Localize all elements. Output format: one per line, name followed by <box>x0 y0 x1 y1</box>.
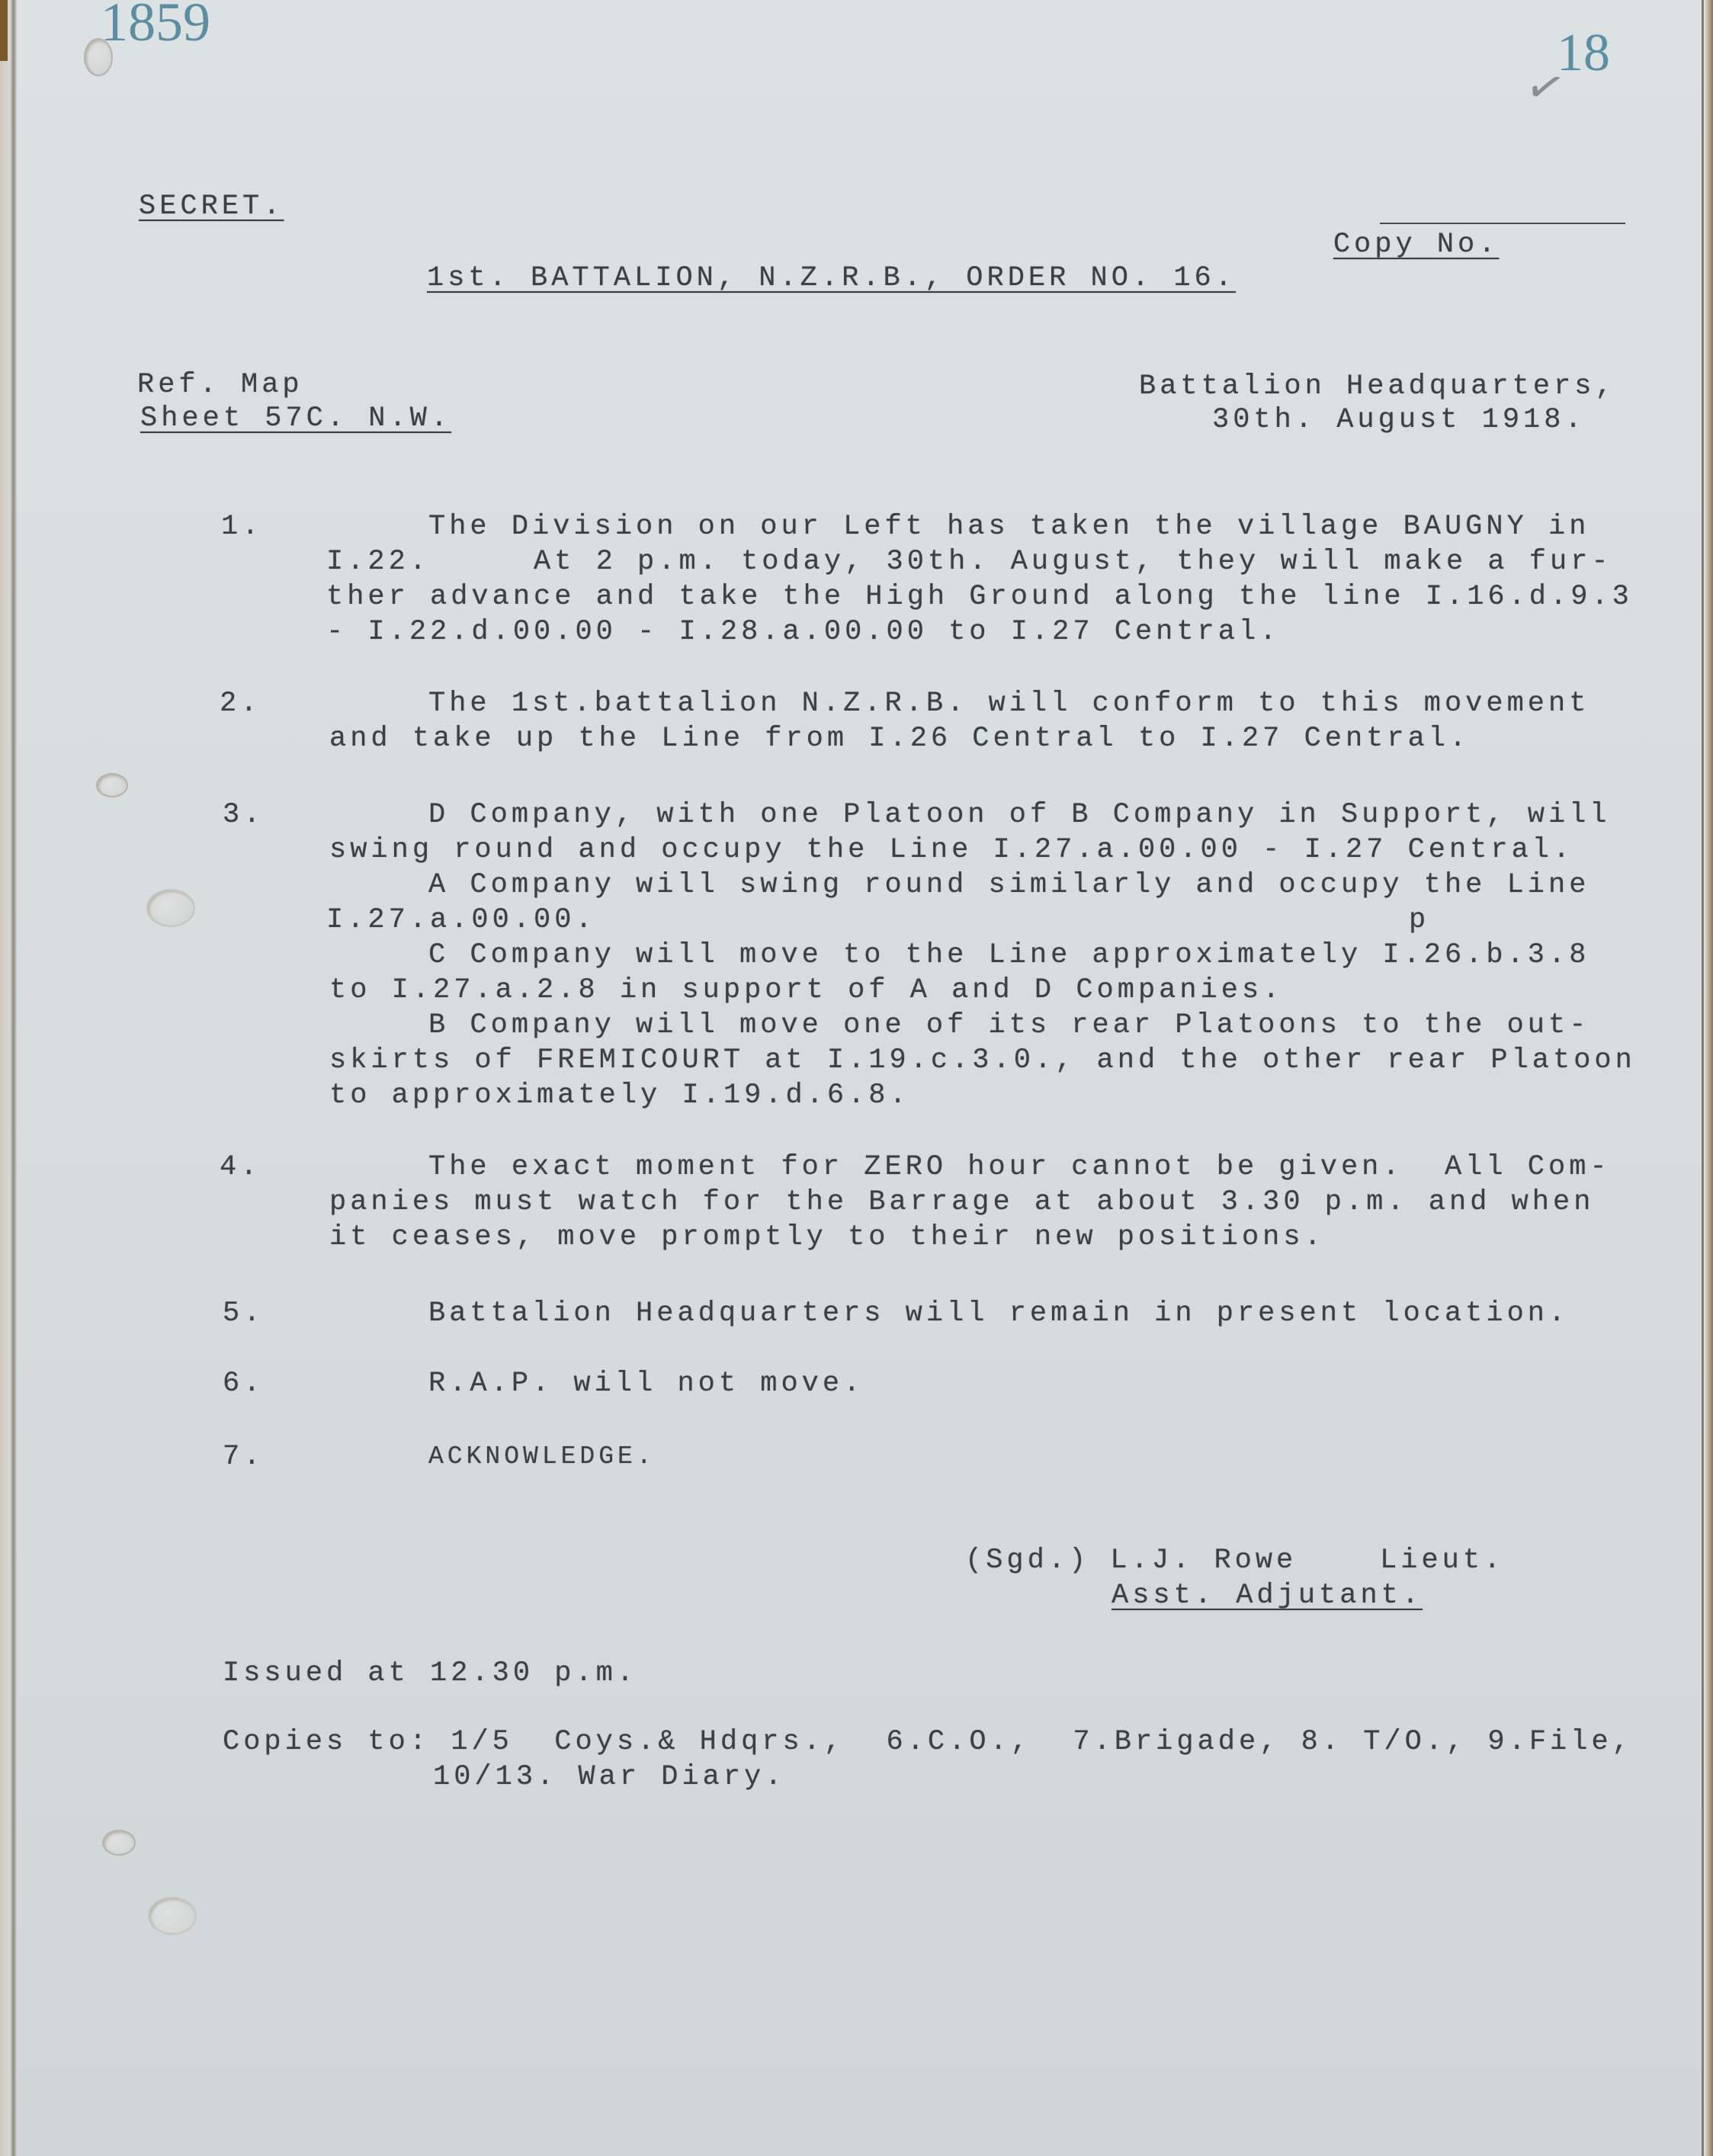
paragraph-line: skirts of FREMICOURT at I.19.c.3.0., and… <box>329 1043 1636 1078</box>
signature-line: (Sgd.) L.J. Rowe Lieut. <box>965 1543 1504 1578</box>
paragraph-line: to I.27.a.2.8 in support of A and D Comp… <box>329 973 1283 1008</box>
paragraph-line: to approximately I.19.d.6.8. <box>329 1078 910 1113</box>
origin-date: 30th. August 1918. <box>1212 403 1586 438</box>
classification-label: SECRET. <box>139 189 284 224</box>
paragraph-line: ACKNOWLEDGE. <box>428 1439 656 1474</box>
paragraph-line: The Division on our Left has taken the v… <box>428 509 1589 544</box>
paragraph-line: C Company will move to the Line approxim… <box>428 938 1589 973</box>
punch-hole <box>146 889 195 927</box>
paragraph-line: and take up the Line from I.26 Central t… <box>329 721 1470 756</box>
paragraph-line: ther advance and take the High Ground al… <box>326 579 1633 614</box>
paragraph-number: 2. <box>220 686 261 721</box>
paragraph-number: 4. <box>220 1150 261 1185</box>
order-title: 1st. BATTALION, N.Z.R.B., ORDER NO. 16. <box>427 261 1236 296</box>
paragraph-line: The 1st.battalion N.Z.R.B. will conform … <box>428 686 1589 721</box>
folio-number: 18 <box>1557 23 1610 84</box>
paragraph-number: 7. <box>223 1439 264 1474</box>
signature-title: Asst. Adjutant. <box>1112 1578 1423 1613</box>
paragraph-line: D Company, with one Platoon of B Company… <box>428 797 1611 833</box>
paragraph-line: swing round and occupy the Line I.27.a.0… <box>329 833 1573 868</box>
copy-number-blank <box>1380 223 1625 224</box>
punch-hole <box>148 1897 197 1935</box>
paragraph-line: R.A.P. will not move. <box>428 1366 864 1401</box>
scan-left-edge <box>0 0 17 2156</box>
paragraph-line: A Company will swing round similarly and… <box>428 868 1589 903</box>
paragraph-line: panies must watch for the Barrage at abo… <box>329 1185 1594 1220</box>
paragraph-line: Battalion Headquarters will remain in pr… <box>428 1296 1569 1331</box>
copy-number-label: Copy No. <box>1250 192 1499 297</box>
scan-right-edge <box>1704 0 1713 2156</box>
paragraph-line: - I.22.d.00.00 - I.28.a.00.00 to I.27 Ce… <box>326 614 1280 650</box>
paragraph-line: I.22. At 2 p.m. today, 30th. August, the… <box>326 544 1612 579</box>
ref-map-line1: Ref. Map <box>137 367 303 403</box>
distribution-line1: Copies to: 1/5 Coys.& Hdqrs., 6.C.O., 7.… <box>223 1724 1633 1760</box>
paragraph-line: it ceases, move promptly to their new po… <box>329 1220 1325 1255</box>
punch-hole <box>102 1830 136 1856</box>
paragraph-number: 3. <box>223 797 264 833</box>
paragraph-line: B Company will move one of its rear Plat… <box>428 1008 1589 1043</box>
paragraph-line: The exact moment for ZERO hour cannot be… <box>428 1150 1611 1185</box>
issued-time: Issued at 12.30 p.m. <box>223 1656 637 1691</box>
archive-stamp-number: 1859 <box>101 0 210 54</box>
paragraph-number: 5. <box>223 1296 264 1331</box>
document-page: 1859 ✓ 18 SECRET. Copy No. 1st. BATTALIO… <box>17 0 1704 2156</box>
origin-line1: Battalion Headquarters, <box>1139 369 1616 404</box>
distribution-line2: 10/13. War Diary. <box>433 1760 785 1795</box>
ref-map-sheet: Sheet 57C. N.W. <box>140 401 451 436</box>
paragraph-line: I.27.a.00.00. <box>326 903 596 938</box>
punch-hole <box>96 773 128 797</box>
typed-correction-mark: p <box>1409 903 1429 938</box>
paragraph-number: 1. <box>221 509 262 544</box>
paragraph-number: 6. <box>223 1366 264 1401</box>
